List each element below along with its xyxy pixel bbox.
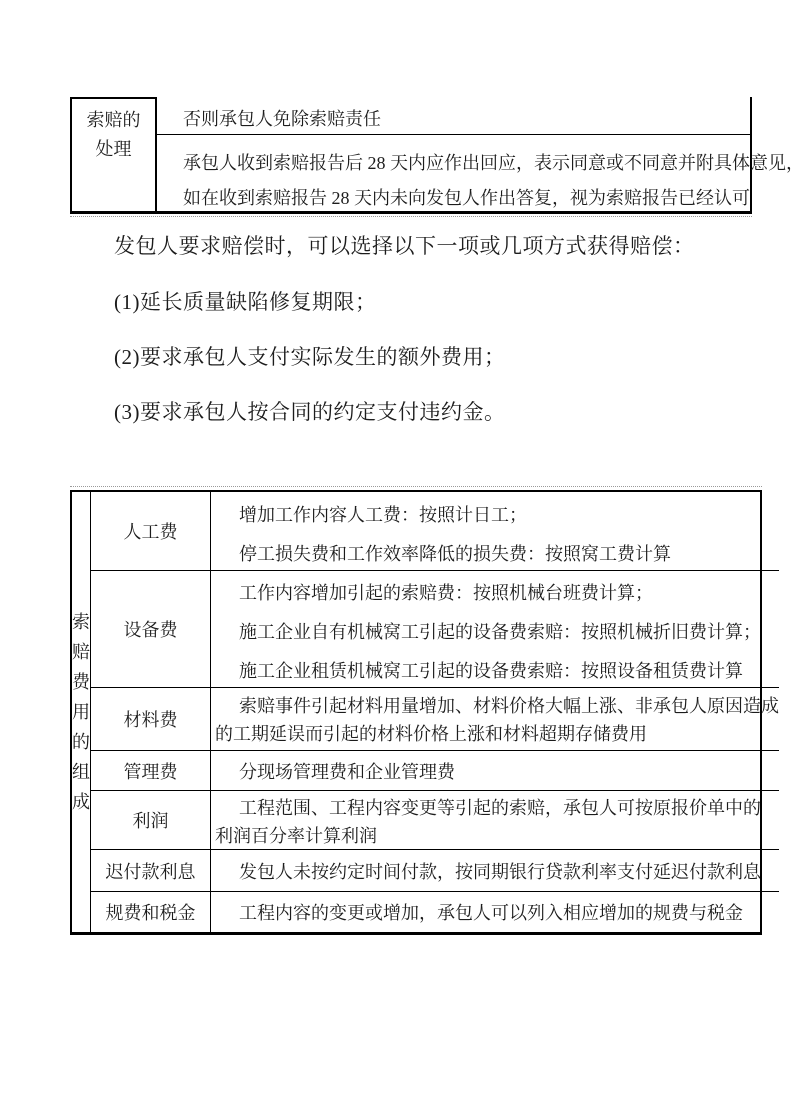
cell-text: 承包人收到索赔报告后 28 天内应作出回应，表示同意或不同意并附具体意见， xyxy=(183,146,750,181)
row-content: 工程范围、工程内容变更等引起的索赔，承包人可按原报价单中的 利润百分率计算利润 xyxy=(211,791,779,849)
claim-handling-row-header: 索赔的 处理 xyxy=(70,97,157,214)
cell-text: 施工企业自有机械窝工引起的设备费索赔：按照机械折旧费计算； xyxy=(215,613,779,652)
claim-cost-row-header: 索赔费 用的组 成 xyxy=(72,492,91,932)
claim-cost-table: 索赔费 用的组 成 人工费 增加工作内容人工费：按照计日工； 停工损失费和工作效… xyxy=(70,490,762,935)
table-row-fees-and-taxes: 规费和税金 工程内容的变更或增加，承包人可以列入相应增加的规费与税金 xyxy=(91,892,779,932)
row-content: 增加工作内容人工费：按照计日工； 停工损失费和工作效率降低的损失费：按照窝工费计… xyxy=(211,492,779,570)
table-row-management-fee: 管理费 分现场管理费和企业管理费 xyxy=(91,751,779,791)
list-item-3: (3)要求承包人按合同的约定支付违约金。 xyxy=(114,396,506,426)
cell-text: 工程范围、工程内容变更等引起的索赔，承包人可按原报价单中的 xyxy=(215,794,779,822)
cell-text: 增加工作内容人工费：按照计日工； xyxy=(215,496,779,535)
cell-text: 索赔事件引起材料用量增加、材料价格大幅上涨、非承包人原因造成 xyxy=(215,692,779,720)
row-header-line: 成 xyxy=(72,787,90,817)
row-label: 利润 xyxy=(91,791,211,849)
list-item-2: (2)要求承包人支付实际发生的额外费用； xyxy=(114,341,506,371)
cell-text: 的工期延误而引起的材料价格上涨和材料超期存储费用 xyxy=(215,720,779,748)
row-content: 分现场管理费和企业管理费 xyxy=(211,751,779,790)
table-row: 否则承包人免除索赔责任 xyxy=(157,97,750,135)
cell-text: 工程内容的变更或增加，承包人可以列入相应增加的规费与税金 xyxy=(215,899,743,925)
list-item-1: (1)延长质量缺陷修复期限； xyxy=(114,286,377,316)
document-page: { "claim_handling_table": { "header_line… xyxy=(0,0,792,1120)
table-row-profit: 利润 工程范围、工程内容变更等引起的索赔，承包人可按原报价单中的 利润百分率计算… xyxy=(91,791,779,850)
table-row: 承包人收到索赔报告后 28 天内应作出回应，表示同意或不同意并附具体意见， 如在… xyxy=(157,135,750,211)
scan-dotted-rule xyxy=(70,486,762,487)
cell-text: 发包人未按约定时间付款，按同期银行贷款利率支付延迟付款利息 xyxy=(215,858,761,884)
cell-text: 工作内容增加引起的索赔费：按照机械台班费计算； xyxy=(215,574,779,613)
claim-handling-table: 索赔的 处理 否则承包人免除索赔责任 承包人收到索赔报告后 28 天内应作出回应… xyxy=(70,97,752,214)
table-row-late-payment-interest: 迟付款利息 发包人未按约定时间付款，按同期银行贷款利率支付延迟付款利息 xyxy=(91,850,779,892)
cell-text: 利润百分率计算利润 xyxy=(215,822,779,850)
row-header-line: 索赔的 xyxy=(72,106,155,135)
cell-text: 否则承包人免除索赔责任 xyxy=(183,109,381,129)
row-header-line: 处理 xyxy=(72,135,155,164)
row-header-line: 索赔费 xyxy=(72,607,90,697)
row-content: 发包人未按约定时间付款，按同期银行贷款利率支付延迟付款利息 xyxy=(211,850,779,891)
row-label: 规费和税金 xyxy=(91,892,211,932)
table-row-labor-cost: 人工费 增加工作内容人工费：按照计日工； 停工损失费和工作效率降低的损失费：按照… xyxy=(91,492,779,571)
row-label: 人工费 xyxy=(91,492,211,570)
row-label: 材料费 xyxy=(91,688,211,750)
table-row-equipment-cost: 设备费 工作内容增加引起的索赔费：按照机械台班费计算； 施工企业自有机械窝工引起… xyxy=(91,571,779,688)
scan-dotted-rule xyxy=(70,216,752,217)
claim-handling-table-body: 否则承包人免除索赔责任 承包人收到索赔报告后 28 天内应作出回应，表示同意或不… xyxy=(157,97,750,211)
intro-paragraph: 发包人要求赔偿时，可以选择以下一项或几项方式获得赔偿： xyxy=(114,230,695,260)
claim-cost-table-body: 人工费 增加工作内容人工费：按照计日工； 停工损失费和工作效率降低的损失费：按照… xyxy=(91,492,779,932)
cell-text: 如在收到索赔报告 28 天内未向发包人作出答复，视为索赔报告已经认可 xyxy=(183,181,750,216)
row-content: 索赔事件引起材料用量增加、材料价格大幅上涨、非承包人原因造成 的工期延误而引起的… xyxy=(211,688,779,750)
table-row-material-cost: 材料费 索赔事件引起材料用量增加、材料价格大幅上涨、非承包人原因造成 的工期延误… xyxy=(91,688,779,751)
row-label: 迟付款利息 xyxy=(91,850,211,891)
cell-text: 施工企业租赁机械窝工引起的设备费索赔：按照设备租赁费计算 xyxy=(215,652,779,691)
row-content: 工作内容增加引起的索赔费：按照机械台班费计算； 施工企业自有机械窝工引起的设备费… xyxy=(211,571,779,687)
cell-text: 停工损失费和工作效率降低的损失费：按照窝工费计算 xyxy=(215,535,779,574)
row-label: 设备费 xyxy=(91,571,211,687)
row-content: 工程内容的变更或增加，承包人可以列入相应增加的规费与税金 xyxy=(211,892,779,932)
cell-text: 分现场管理费和企业管理费 xyxy=(215,758,455,784)
row-header-line: 用的组 xyxy=(72,697,90,787)
row-label: 管理费 xyxy=(91,751,211,790)
